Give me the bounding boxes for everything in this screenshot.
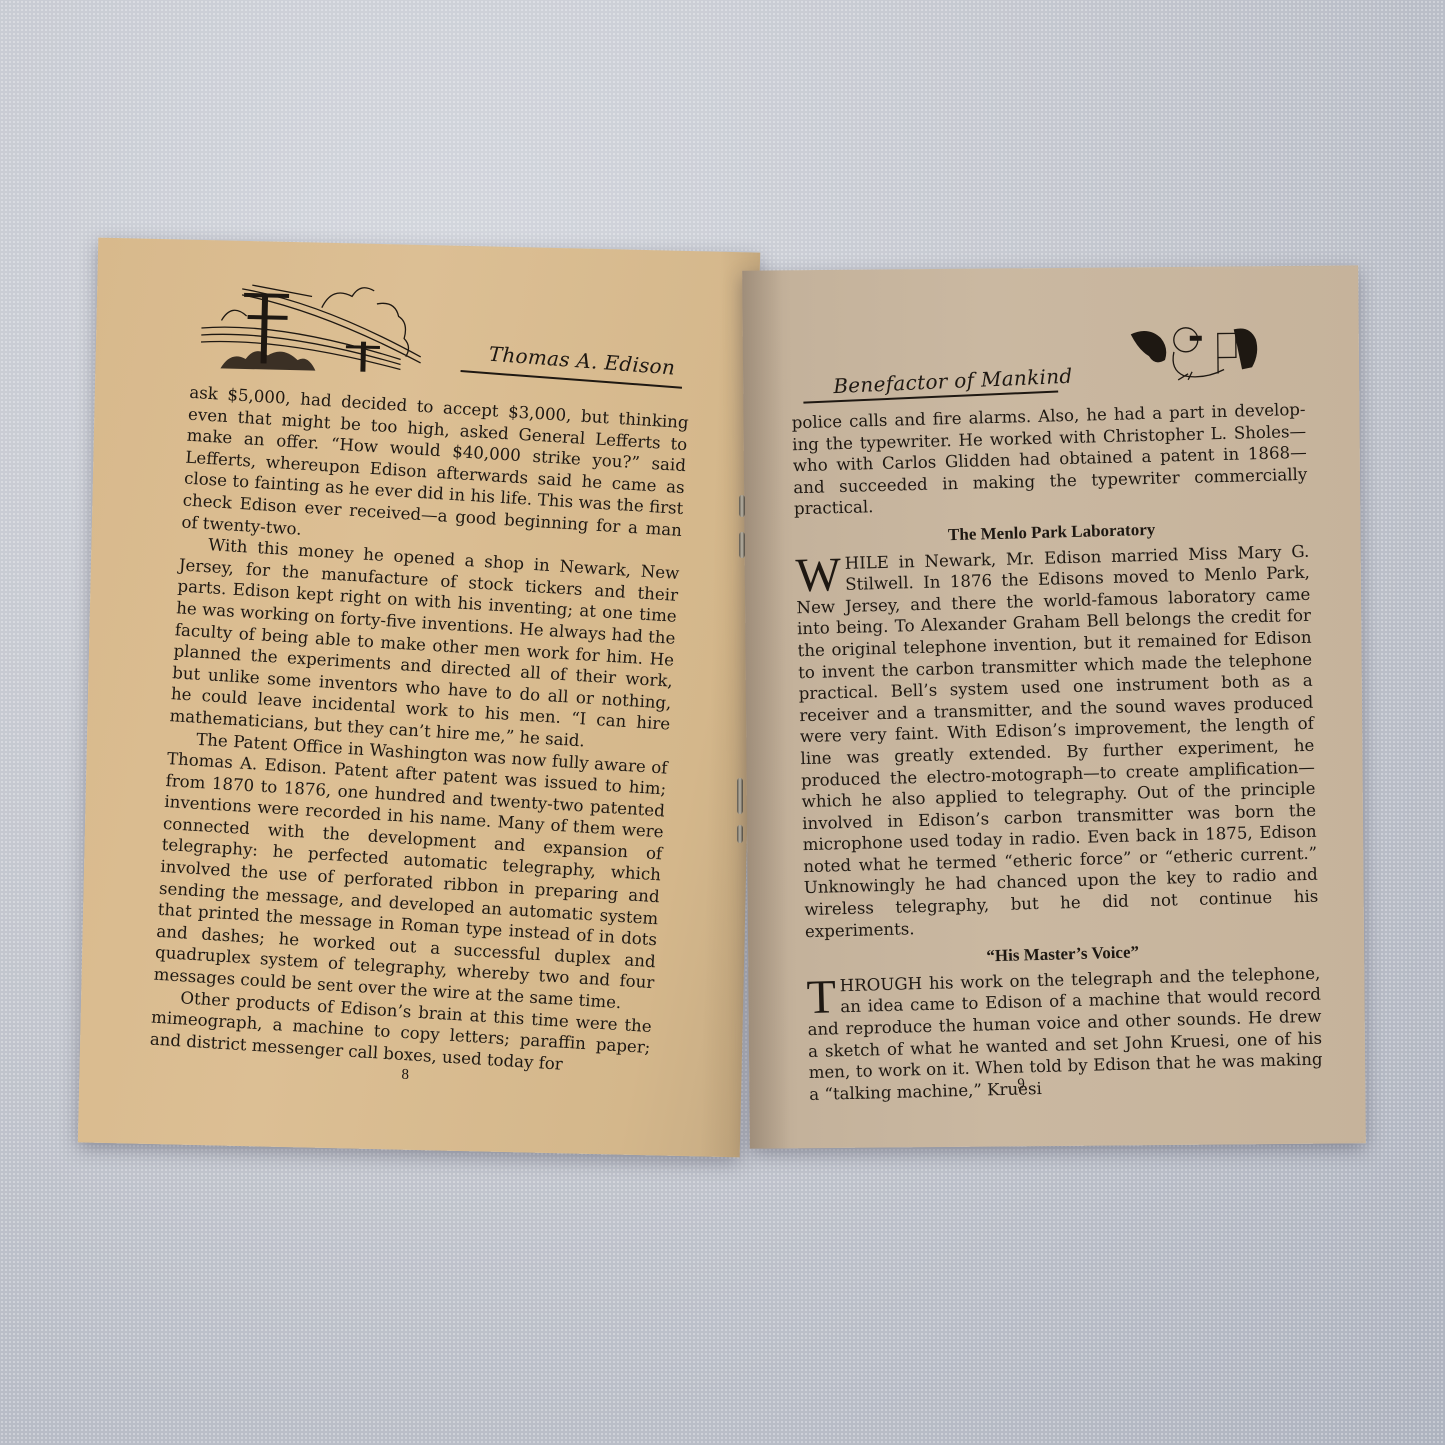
left-page-body: ask $5,000, had decided to accept $3,000…: [149, 382, 689, 1081]
paragraph: The Patent Office in Washington was now …: [153, 727, 668, 1016]
staple: [737, 778, 743, 814]
men-listening-phonograph-illustration: [1126, 321, 1267, 382]
staple: [739, 532, 745, 558]
paragraph-text: HILE in Newark, Mr. Edison married Miss …: [796, 541, 1318, 940]
open-booklet: Thomas A. Edison ask $5,000, had decided…: [0, 0, 1445, 1445]
page-number: 8: [401, 1067, 409, 1084]
drop-cap: W: [795, 555, 841, 596]
paragraph: THROUGH his work on the telegraph and th…: [806, 962, 1323, 1105]
paragraph-text: HROUGH his work on the telegraph and the…: [807, 963, 1322, 1103]
paragraph: With this money he opened a shop in Newa…: [169, 533, 680, 758]
telegraph-poles-illustration: [200, 280, 437, 375]
right-page: Benefactor of Mankind police calls and f…: [742, 265, 1366, 1148]
paragraph: ask $5,000, had decided to accept $3,000…: [181, 382, 689, 563]
staple: [739, 495, 745, 517]
page-number: 9: [1017, 1076, 1025, 1093]
left-page: Thomas A. Edison ask $5,000, had decided…: [78, 238, 760, 1158]
paragraph: WHILE in Newark, Mr. Edison married Miss…: [795, 540, 1319, 942]
gutter-shadow: [742, 270, 790, 1148]
right-page-body: police calls and fire alarms. Also, he h…: [791, 399, 1323, 1106]
staple: [737, 825, 743, 843]
paragraph: police calls and fire alarms. Also, he h…: [791, 399, 1308, 520]
drop-cap: T: [806, 977, 836, 1018]
